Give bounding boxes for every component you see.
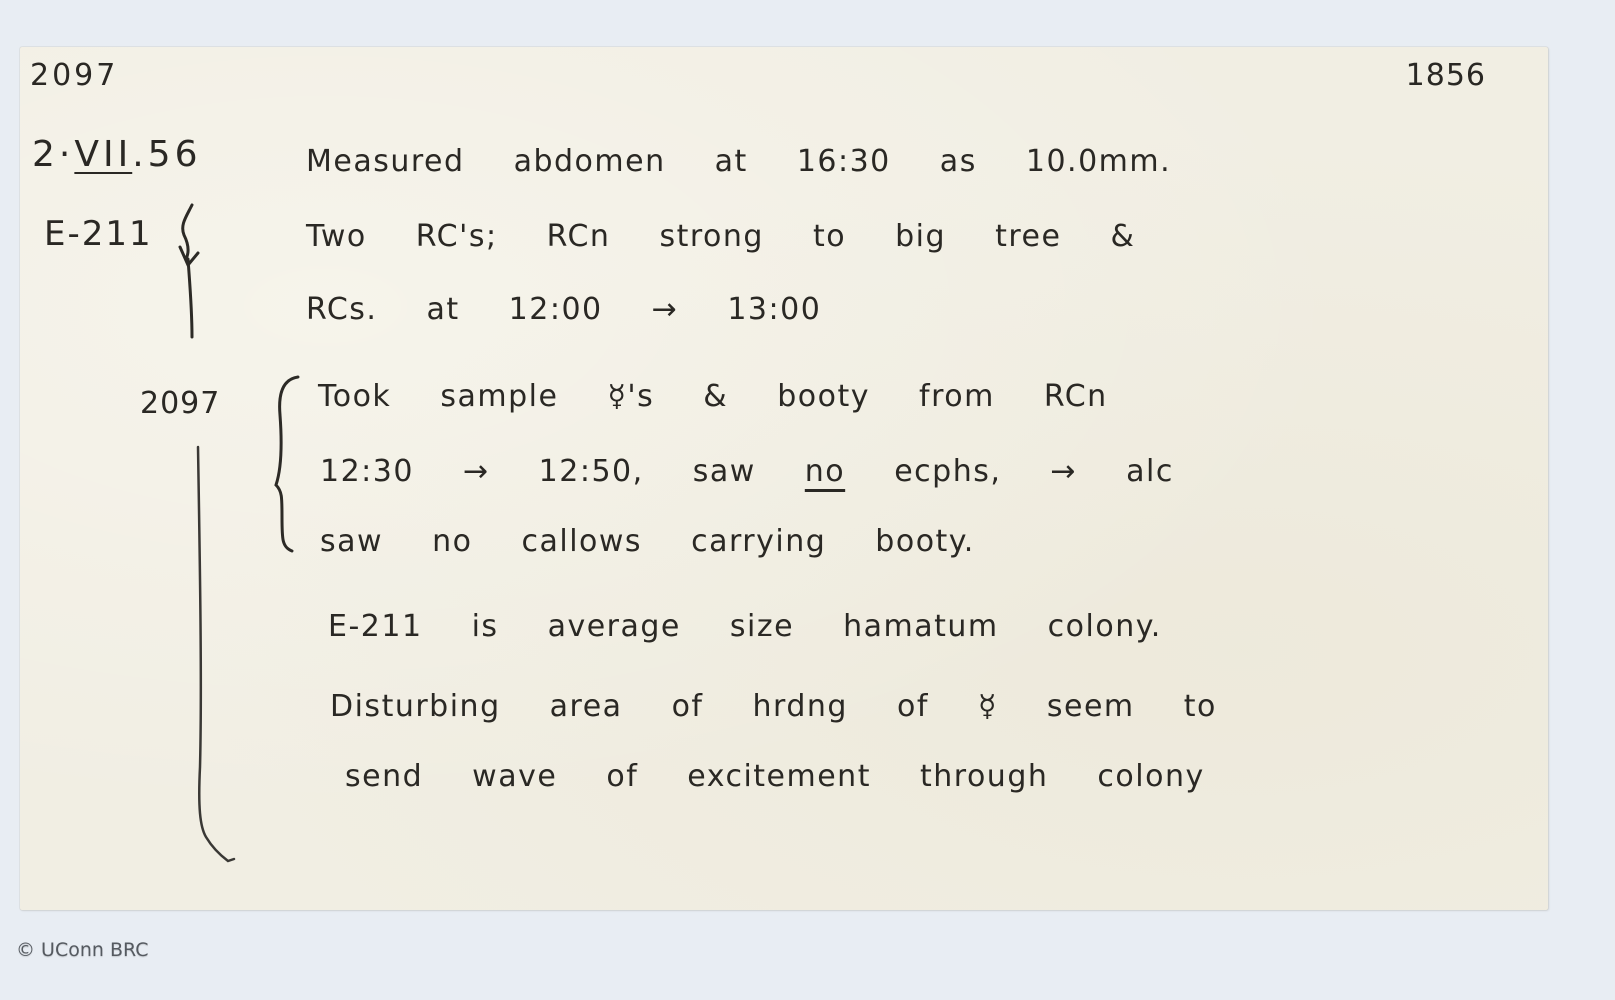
field-note-card: 2097 1856 2·VII.56 E-211 2097 Measured a… xyxy=(20,47,1548,910)
colony-id: E-211 xyxy=(44,217,153,251)
note-line-3: RCs. at 12:00 → 13:00 xyxy=(306,295,821,325)
note-line-7: E-211 is average size hamatum colony. xyxy=(328,612,1162,642)
note-line-1: Measured abdomen at 16:30 as 10.0mm. xyxy=(306,147,1171,177)
note-line-8: Disturbing area of hrdng of ☿ seem to xyxy=(330,692,1217,722)
sample-brace-icon xyxy=(276,377,298,551)
card-number: 1856 xyxy=(1406,61,1486,91)
note-line-4: Took sample ☿'s & booty from RCn xyxy=(318,382,1108,412)
date-year: .56 xyxy=(132,134,201,175)
note-line-2: Two RC's; RCn strong to big tree & xyxy=(306,222,1135,252)
note-line-5-end: ecphs, → alc xyxy=(894,454,1174,489)
note-line-5: 12:30 → 12:50, saw no ecphs, → alc xyxy=(320,457,1174,487)
note-line-5-start: 12:30 → 12:50, saw xyxy=(320,454,756,489)
copyright-notice: © UConn BRC xyxy=(16,939,149,961)
date-day: 2· xyxy=(32,134,74,175)
note-line-9: send wave of excitement through colony xyxy=(345,762,1205,792)
note-line-6: saw no callows carrying booty. xyxy=(320,527,975,557)
colony-brace-icon xyxy=(180,205,198,337)
note-line-5-emphasis: no xyxy=(805,454,845,489)
date-label: 2·VII.56 xyxy=(32,137,202,173)
catalog-number: 2097 xyxy=(30,61,118,91)
sample-number: 2097 xyxy=(140,389,220,419)
sample-connector-line xyxy=(198,447,234,861)
date-month: VII xyxy=(74,134,132,175)
